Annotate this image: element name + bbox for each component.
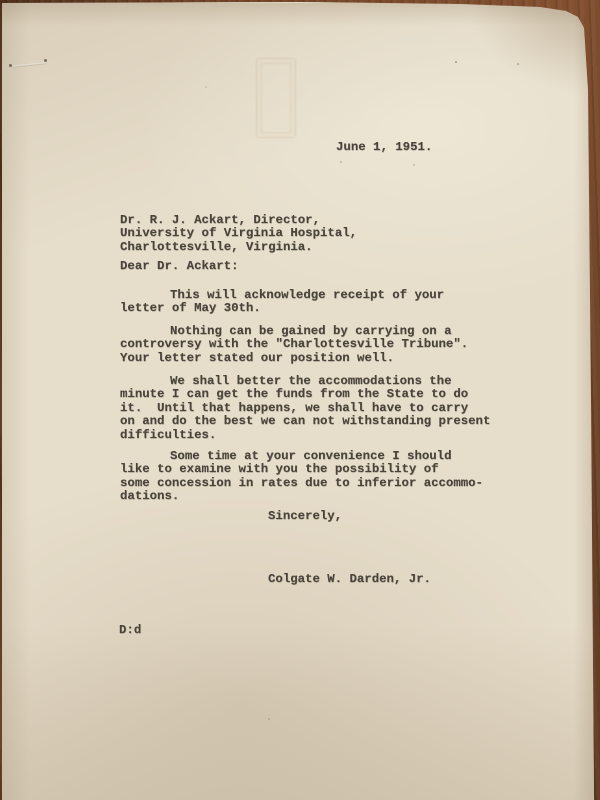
recipient-address: Dr. R. J. Ackart, Director, University o… xyxy=(120,214,380,254)
body-paragraph-3: We shall better the accommodations the m… xyxy=(120,375,550,442)
body-paragraph-4: Some time at your convenience I should l… xyxy=(120,450,550,504)
signature-name: Colgate W. Darden, Jr. xyxy=(268,573,431,586)
typist-initials: D:d xyxy=(119,624,141,637)
paper-speck xyxy=(205,86,207,88)
paper-speck xyxy=(340,161,342,163)
paper-speck xyxy=(455,61,457,63)
scanned-letter-photo: June 1, 1951. Dr. R. J. Ackart, Director… xyxy=(0,0,600,800)
body-paragraph-1: This will acknowledge receipt of your le… xyxy=(120,289,550,316)
body-paragraph-2: Nothing can be gained by carrying on a c… xyxy=(120,325,550,365)
ghost-seal-impression xyxy=(256,58,296,138)
letter-date: June 1, 1951. xyxy=(336,141,432,154)
paper-speck xyxy=(517,63,519,65)
staple-hole xyxy=(44,59,47,62)
paper-speck xyxy=(413,164,415,166)
salutation: Dear Dr. Ackart: xyxy=(120,260,239,273)
closing: Sincerely, xyxy=(268,510,342,523)
staple-crease xyxy=(12,62,46,68)
staple-hole xyxy=(9,64,12,67)
paper-sheet: June 1, 1951. Dr. R. J. Ackart, Director… xyxy=(0,0,600,800)
paper-speck xyxy=(268,718,270,720)
